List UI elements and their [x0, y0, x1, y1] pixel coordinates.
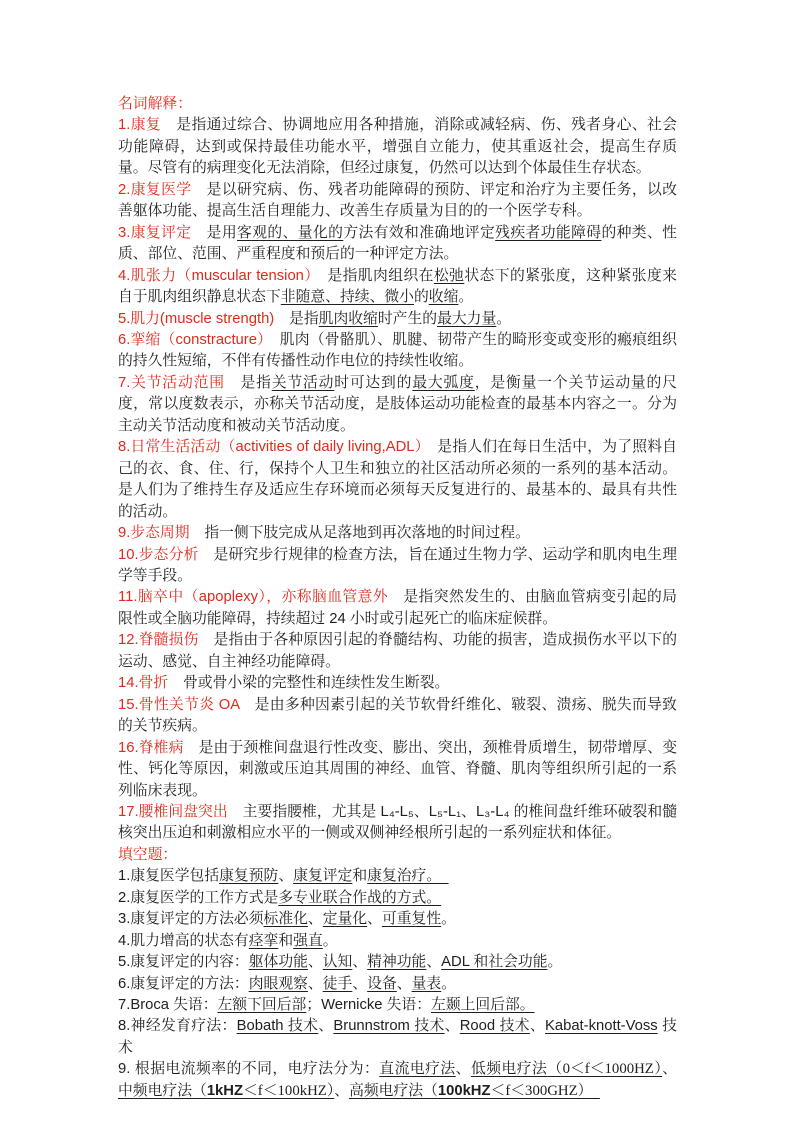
text-run: 和 — [278, 933, 293, 949]
answer-underlined: 直流电疗法 — [379, 1061, 455, 1077]
text-run: 2.康复医学的工作方式是 — [118, 890, 278, 906]
answer-underlined: 100kHZ — [438, 1083, 491, 1099]
term-7: 7.关节活动范围 是指关节活动时可达到的最大弧度，是衡量一个关节运动量的尺度，常… — [118, 373, 677, 437]
text-run: 、 — [352, 976, 367, 992]
term-label: 6.挛缩（constracture） — [118, 332, 265, 348]
answer-underlined: （ — [423, 1083, 438, 1099]
text-run: 、 — [456, 1061, 471, 1077]
answer-underlined: 非随意、持续、微小 — [281, 289, 414, 305]
answer-underlined: （0＜f＜1000HZ） — [547, 1061, 662, 1077]
text-run: 方法有效和准确地评定 — [343, 225, 495, 241]
text-run: 4.肌力增高的状态有 — [118, 933, 249, 949]
fill-2: 2.康复医学的工作方式是多专业联合作战的方式。 — [118, 888, 677, 909]
answer-underlined: 关节活动 — [272, 375, 334, 391]
term-label: 15.骨性关节炎 OA — [118, 697, 239, 713]
text-run: 是指 — [274, 311, 318, 327]
term-16: 16.脊椎病 是由于颈椎间盘退行性改变、膨出、突出，颈椎骨质增生，韧带增厚、变性… — [118, 738, 677, 802]
answer-underlined: Kabat-knott-Voss — [545, 1018, 658, 1034]
term-9: 9.步态周期 指一侧下肢完成从足落地到再次落地的时间过程。 — [118, 523, 677, 544]
answer-underlined: 康复评定 — [293, 868, 352, 884]
term-label: 8.日常生活活动（activities of daily living,ADL） — [118, 439, 422, 455]
text-run: 、 — [308, 911, 323, 927]
answer-underlined — [585, 1083, 600, 1099]
answer-underlined: 高频电疗法 — [349, 1083, 423, 1099]
term-label: 4.肌张力（muscular tension） — [118, 268, 312, 284]
text-run: 是指 — [225, 375, 272, 391]
text-run: 、 — [445, 1018, 460, 1034]
fill-4: 4.肌力增高的状态有痉挛和强直。 — [118, 931, 677, 952]
text-run: 、 — [397, 976, 412, 992]
answer-underlined: 徒手 — [323, 976, 353, 992]
text-run: 3.康复评定的方法必须 — [118, 911, 264, 927]
answer-underlined: 收缩 — [429, 289, 459, 305]
term-17: 17.腰椎间盘突出 主要指腰椎，尤其是 L₄-L₅、L₅-L₁、L₃-L₄ 的椎… — [118, 802, 677, 845]
text-run: 。 — [496, 311, 511, 327]
text-run: 、 — [352, 954, 367, 970]
answer-underlined: 康复治疗。 — [367, 868, 448, 884]
text-run: 。 — [458, 289, 473, 305]
text-run: 、 — [308, 976, 323, 992]
answer-underlined: 康复预防 — [219, 868, 278, 884]
answer-underlined: 左额下回后部 — [218, 997, 307, 1013]
term-8: 8.日常生活活动（activities of daily living,ADL）… — [118, 437, 677, 523]
text-run: 5.康复评定的内容： — [118, 954, 249, 970]
answer-underlined: 肌肉收缩 — [319, 311, 378, 327]
text-run: 、 — [662, 1061, 677, 1077]
answer-underlined: （ — [192, 1083, 207, 1099]
answer-underlined: 残疾者功能障碍 — [495, 225, 601, 241]
text-run: 是指肌肉组织在 — [312, 268, 434, 284]
document-page: 名词解释：1.康复 是指通过综合、协调地应用各种措施，消除或减轻病、伤、残者身心… — [0, 0, 793, 1122]
heading-fill: 填空题： — [118, 845, 677, 866]
term-label: 7.关节活动范围 — [118, 375, 225, 391]
term-label: 14.骨折 — [118, 675, 168, 691]
term-6: 6.挛缩（constracture） 肌肉（骨骼肌）、肌腱、韧带产生的畸形变或变… — [118, 330, 677, 373]
fill-5: 5.康复评定的内容：躯体功能、认知、精神功能、ADL 和社会功能。 — [118, 952, 677, 973]
answer-underlined: 中频电疗法 — [118, 1083, 192, 1099]
answer-underlined: 强直 — [293, 933, 323, 949]
text-run: 和 — [352, 868, 367, 884]
document-content: 名词解释：1.康复 是指通过综合、协调地应用各种措施，消除或减轻病、伤、残者身心… — [118, 94, 677, 1102]
fill-3: 3.康复评定的方法必须标准化、定量化、可重复性。 — [118, 909, 677, 930]
text-run: 、 — [426, 954, 441, 970]
term-label: 1.康复 — [118, 117, 161, 133]
term-label: 12.脊髓损伤 — [118, 632, 199, 648]
text-run: 是以研究病、伤、残者功能障碍的预防、评定和治疗为主要任务，以改善躯体功能、提高生… — [118, 182, 677, 219]
answer-underlined: 客观的、量化的 — [237, 225, 343, 241]
answer-underlined: 最大力量 — [437, 311, 496, 327]
answer-underlined: 量表 — [412, 976, 442, 992]
heading-terms: 名词解释： — [118, 94, 677, 115]
answer-underlined: Bobath 技术 — [237, 1018, 319, 1034]
term-12: 12.脊髓损伤 是指由于各种原因引起的脊髓结构、功能的损害，造成损伤水平以下的运… — [118, 630, 677, 673]
fill-7: 7.Broca 失语：左额下回后部；Wernicke 失语：左颞上回后部。 — [118, 995, 677, 1016]
term-label: 5.肌力(muscle strength) — [118, 311, 274, 327]
text-run: 是研究步行规律的检查方法，旨在通过生物力学、运动学和肌肉电生理学等手段。 — [118, 547, 677, 584]
term-label: 9.步态周期 — [118, 525, 190, 541]
text-run: 、 — [334, 1083, 349, 1099]
text-run: 、 — [530, 1018, 545, 1034]
answer-underlined: ＜f＜100kHZ） — [243, 1083, 334, 1099]
fill-6: 6.康复评定的方法：肉眼观察、徒手、设备、量表。 — [118, 974, 677, 995]
term-2: 2.康复医学 是以研究病、伤、残者功能障碍的预防、评定和治疗为主要任务，以改善躯… — [118, 180, 677, 223]
answer-underlined: 可重复性 — [382, 911, 441, 927]
text-run: 、 — [367, 911, 382, 927]
term-1: 1.康复 是指通过综合、协调地应用各种措施，消除或减轻病、伤、残者身心、社会功能… — [118, 115, 677, 179]
answer-underlined: 1kHZ — [207, 1083, 243, 1099]
answer-underlined: 肉眼观察 — [249, 976, 308, 992]
text-run: 7.Broca 失语： — [118, 997, 218, 1013]
answer-underlined: 左颞上回后部。 — [431, 997, 535, 1013]
term-11: 11.脑卒中（apoplexy），亦称脑血管意外 是指突然发生的、由脑血管病变引… — [118, 587, 677, 630]
term-label: 3.康复评定 — [118, 225, 191, 241]
term-10: 10.步态分析 是研究步行规律的检查方法，旨在通过生物力学、运动学和肌肉电生理学… — [118, 545, 677, 588]
text-run: 。 — [548, 954, 563, 970]
text-run: 1.康复医学包括 — [118, 868, 219, 884]
term-5: 5.肌力(muscle strength) 是指肌肉收缩时产生的最大力量。 — [118, 309, 677, 330]
answer-underlined: 躯体功能 — [249, 954, 308, 970]
text-run: 的 — [414, 289, 429, 305]
term-label: 名词解释： — [118, 96, 192, 112]
text-run: 、 — [308, 954, 323, 970]
answer-underlined: 松弛 — [434, 268, 464, 284]
answer-underlined: Brunnstrom 技术 — [333, 1018, 444, 1034]
term-4: 4.肌张力（muscular tension） 是指肌肉组织在松弛状态下的紧张度… — [118, 266, 677, 309]
term-label: 2.康复医学 — [118, 182, 191, 198]
text-run: 。 — [441, 911, 456, 927]
text-run: ；Wernicke 失语： — [306, 997, 431, 1013]
answer-underlined: ＜f＜300GHZ） — [491, 1083, 586, 1099]
term-label: 17.腰椎间盘突出 — [118, 804, 228, 820]
answer-underlined: 标准化 — [264, 911, 308, 927]
answer-underlined: 精神功能 — [367, 954, 426, 970]
text-run: 、 — [318, 1018, 333, 1034]
fill-8: 8.神经发育疗法：Bobath 技术、Brunnstrom 技术、Rood 技术… — [118, 1016, 677, 1059]
answer-underlined: 最大弧度 — [412, 375, 474, 391]
text-run: 时产生的 — [378, 311, 437, 327]
answer-underlined: 多专业联合作战的方式。 — [278, 890, 441, 906]
term-label: 11.脑卒中（apoplexy），亦称脑血管意外 — [118, 589, 388, 605]
answer-underlined: ADL 和社会功能 — [441, 954, 547, 970]
term-label: 16.脊椎病 — [118, 740, 184, 756]
text-run: 时可达到的 — [334, 375, 412, 391]
term-label: 10.步态分析 — [118, 547, 199, 563]
answer-underlined: 定量化 — [323, 911, 367, 927]
fill-9: 9. 根据电流频率的不同，电疗法分为：直流电疗法、低频电疗法（0＜f＜1000H… — [118, 1059, 677, 1102]
text-run: 是由于颈椎间盘退行性改变、膨出、突出，颈椎骨质增生，韧带增厚、变性、钙化等原因，… — [118, 740, 677, 799]
text-run: 是指由于各种原因引起的脊髓结构、功能的损害，造成损伤水平以下的运动、感觉、自主神… — [118, 632, 677, 669]
answer-underlined: Rood 技术 — [460, 1018, 530, 1034]
text-run: 、 — [278, 868, 293, 884]
answer-underlined: 设备 — [367, 976, 397, 992]
answer-underlined: 低频电疗法 — [471, 1061, 547, 1077]
text-run: 是用 — [191, 225, 237, 241]
term-3: 3.康复评定 是用客观的、量化的方法有效和准确地评定残疾者功能障碍的种类、性质、… — [118, 223, 677, 266]
answer-underlined: 认知 — [323, 954, 353, 970]
text-run: 。 — [441, 976, 456, 992]
term-14: 14.骨折 骨或骨小梁的完整性和连续性发生断裂。 — [118, 673, 677, 694]
term-15: 15.骨性关节炎 OA 是由多种因素引起的关节软骨纤维化、皲裂、溃疡、脱失而导致… — [118, 695, 677, 738]
answer-underlined: 痉挛 — [249, 933, 279, 949]
text-run: 6.康复评定的方法： — [118, 976, 249, 992]
term-label: 填空题： — [118, 847, 177, 863]
fill-1: 1.康复医学包括康复预防、康复评定和康复治疗。 — [118, 866, 677, 887]
text-run: 9. 根据电流频率的不同，电疗法分为： — [118, 1061, 379, 1077]
text-run: 是指通过综合、协调地应用各种措施，消除或减轻病、伤、残者身心、社会功能障碍，达到… — [118, 117, 677, 176]
text-run: 。 — [323, 933, 338, 949]
text-run: 8.神经发育疗法： — [118, 1018, 237, 1034]
text-run: 指一侧下肢完成从足落地到再次落地的时间过程。 — [190, 525, 530, 541]
text-run: 骨或骨小梁的完整性和连续性发生断裂。 — [168, 675, 449, 691]
